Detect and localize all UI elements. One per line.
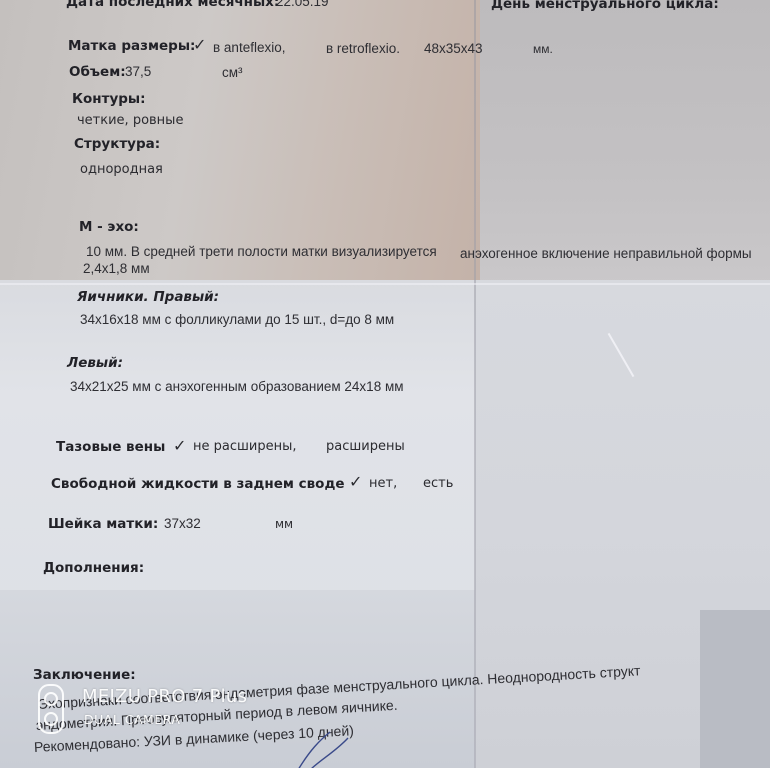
- uterus-unit: мм.: [533, 41, 553, 57]
- free-fluid-yes: есть: [423, 476, 453, 492]
- uterus-size-label: Матка размеры:: [68, 38, 195, 54]
- contours-value: четкие, ровные: [77, 113, 183, 129]
- checkmark-icon: ✓: [349, 474, 362, 490]
- cervix-unit: мм: [275, 516, 293, 532]
- camera-lens-icon: [44, 712, 58, 726]
- uterus-anteflexio: в anteflexio,: [213, 40, 285, 56]
- volume-label: Объем:: [69, 64, 126, 80]
- structure-value: однородная: [80, 162, 163, 178]
- additions-label: Дополнения:: [43, 560, 144, 576]
- uterus-retroflexio: в retroflexio.: [326, 41, 400, 57]
- cycle-day-label: День менструального цикла:: [491, 0, 719, 12]
- pelvic-veins-label: Тазовые вены: [56, 439, 165, 455]
- paper-shade-bottom-right: [700, 610, 770, 768]
- structure-label: Структура:: [74, 136, 160, 152]
- volume-unit: см³: [222, 65, 243, 81]
- checkmark-icon: ✓: [173, 438, 186, 454]
- checkmark-icon: ✓: [193, 37, 206, 53]
- m-echo-text-line1-b: анэхогенное включение неправильной формы: [460, 246, 752, 262]
- uterus-dimensions: 48x35x43: [424, 41, 483, 57]
- dual-camera-icon: [38, 684, 64, 734]
- horizontal-fold-line: [0, 283, 770, 285]
- lmp-label: Дата последних месячных:: [66, 0, 279, 10]
- camera-lens-icon: [44, 692, 58, 706]
- right-ovary-value: 34х16х18 мм с фолликулами до 15 шт., d=д…: [80, 312, 394, 328]
- m-echo-label: М - эхо:: [79, 219, 139, 235]
- conclusion-label: Заключение:: [33, 667, 136, 683]
- vertical-fold-line: [474, 0, 476, 768]
- m-echo-text-line2: 2,4х1,8 мм: [83, 261, 150, 277]
- cervix-value: 37х32: [164, 516, 201, 532]
- left-ovary-label: Левый:: [67, 355, 123, 371]
- right-ovary-label: Яичники. Правый:: [77, 289, 219, 305]
- signature-stroke: [290, 730, 380, 768]
- lmp-value: 22.05.19: [276, 0, 329, 10]
- report-photo: Дата последних месячных: 22.05.19 День м…: [0, 0, 770, 768]
- free-fluid-label: Свободной жидкости в заднем своде: [51, 476, 345, 492]
- volume-value: 37,5: [125, 64, 151, 80]
- contours-label: Контуры:: [72, 91, 146, 107]
- pelvic-veins-dilated: расширены: [326, 439, 405, 455]
- free-fluid-no: нет,: [369, 476, 397, 492]
- left-ovary-value: 34х21х25 мм с анэхогенным образованием 2…: [70, 379, 404, 395]
- cervix-label: Шейка матки:: [48, 516, 158, 532]
- watermark-brand: MEIZU PRO 7 Plus: [82, 686, 247, 707]
- m-echo-text-line1-a: 10 мм. В средней трети полости матки виз…: [86, 244, 437, 260]
- pelvic-veins-not-dilated: не расширены,: [193, 439, 297, 455]
- watermark-subtitle: DUAL CAMERA: [84, 712, 180, 727]
